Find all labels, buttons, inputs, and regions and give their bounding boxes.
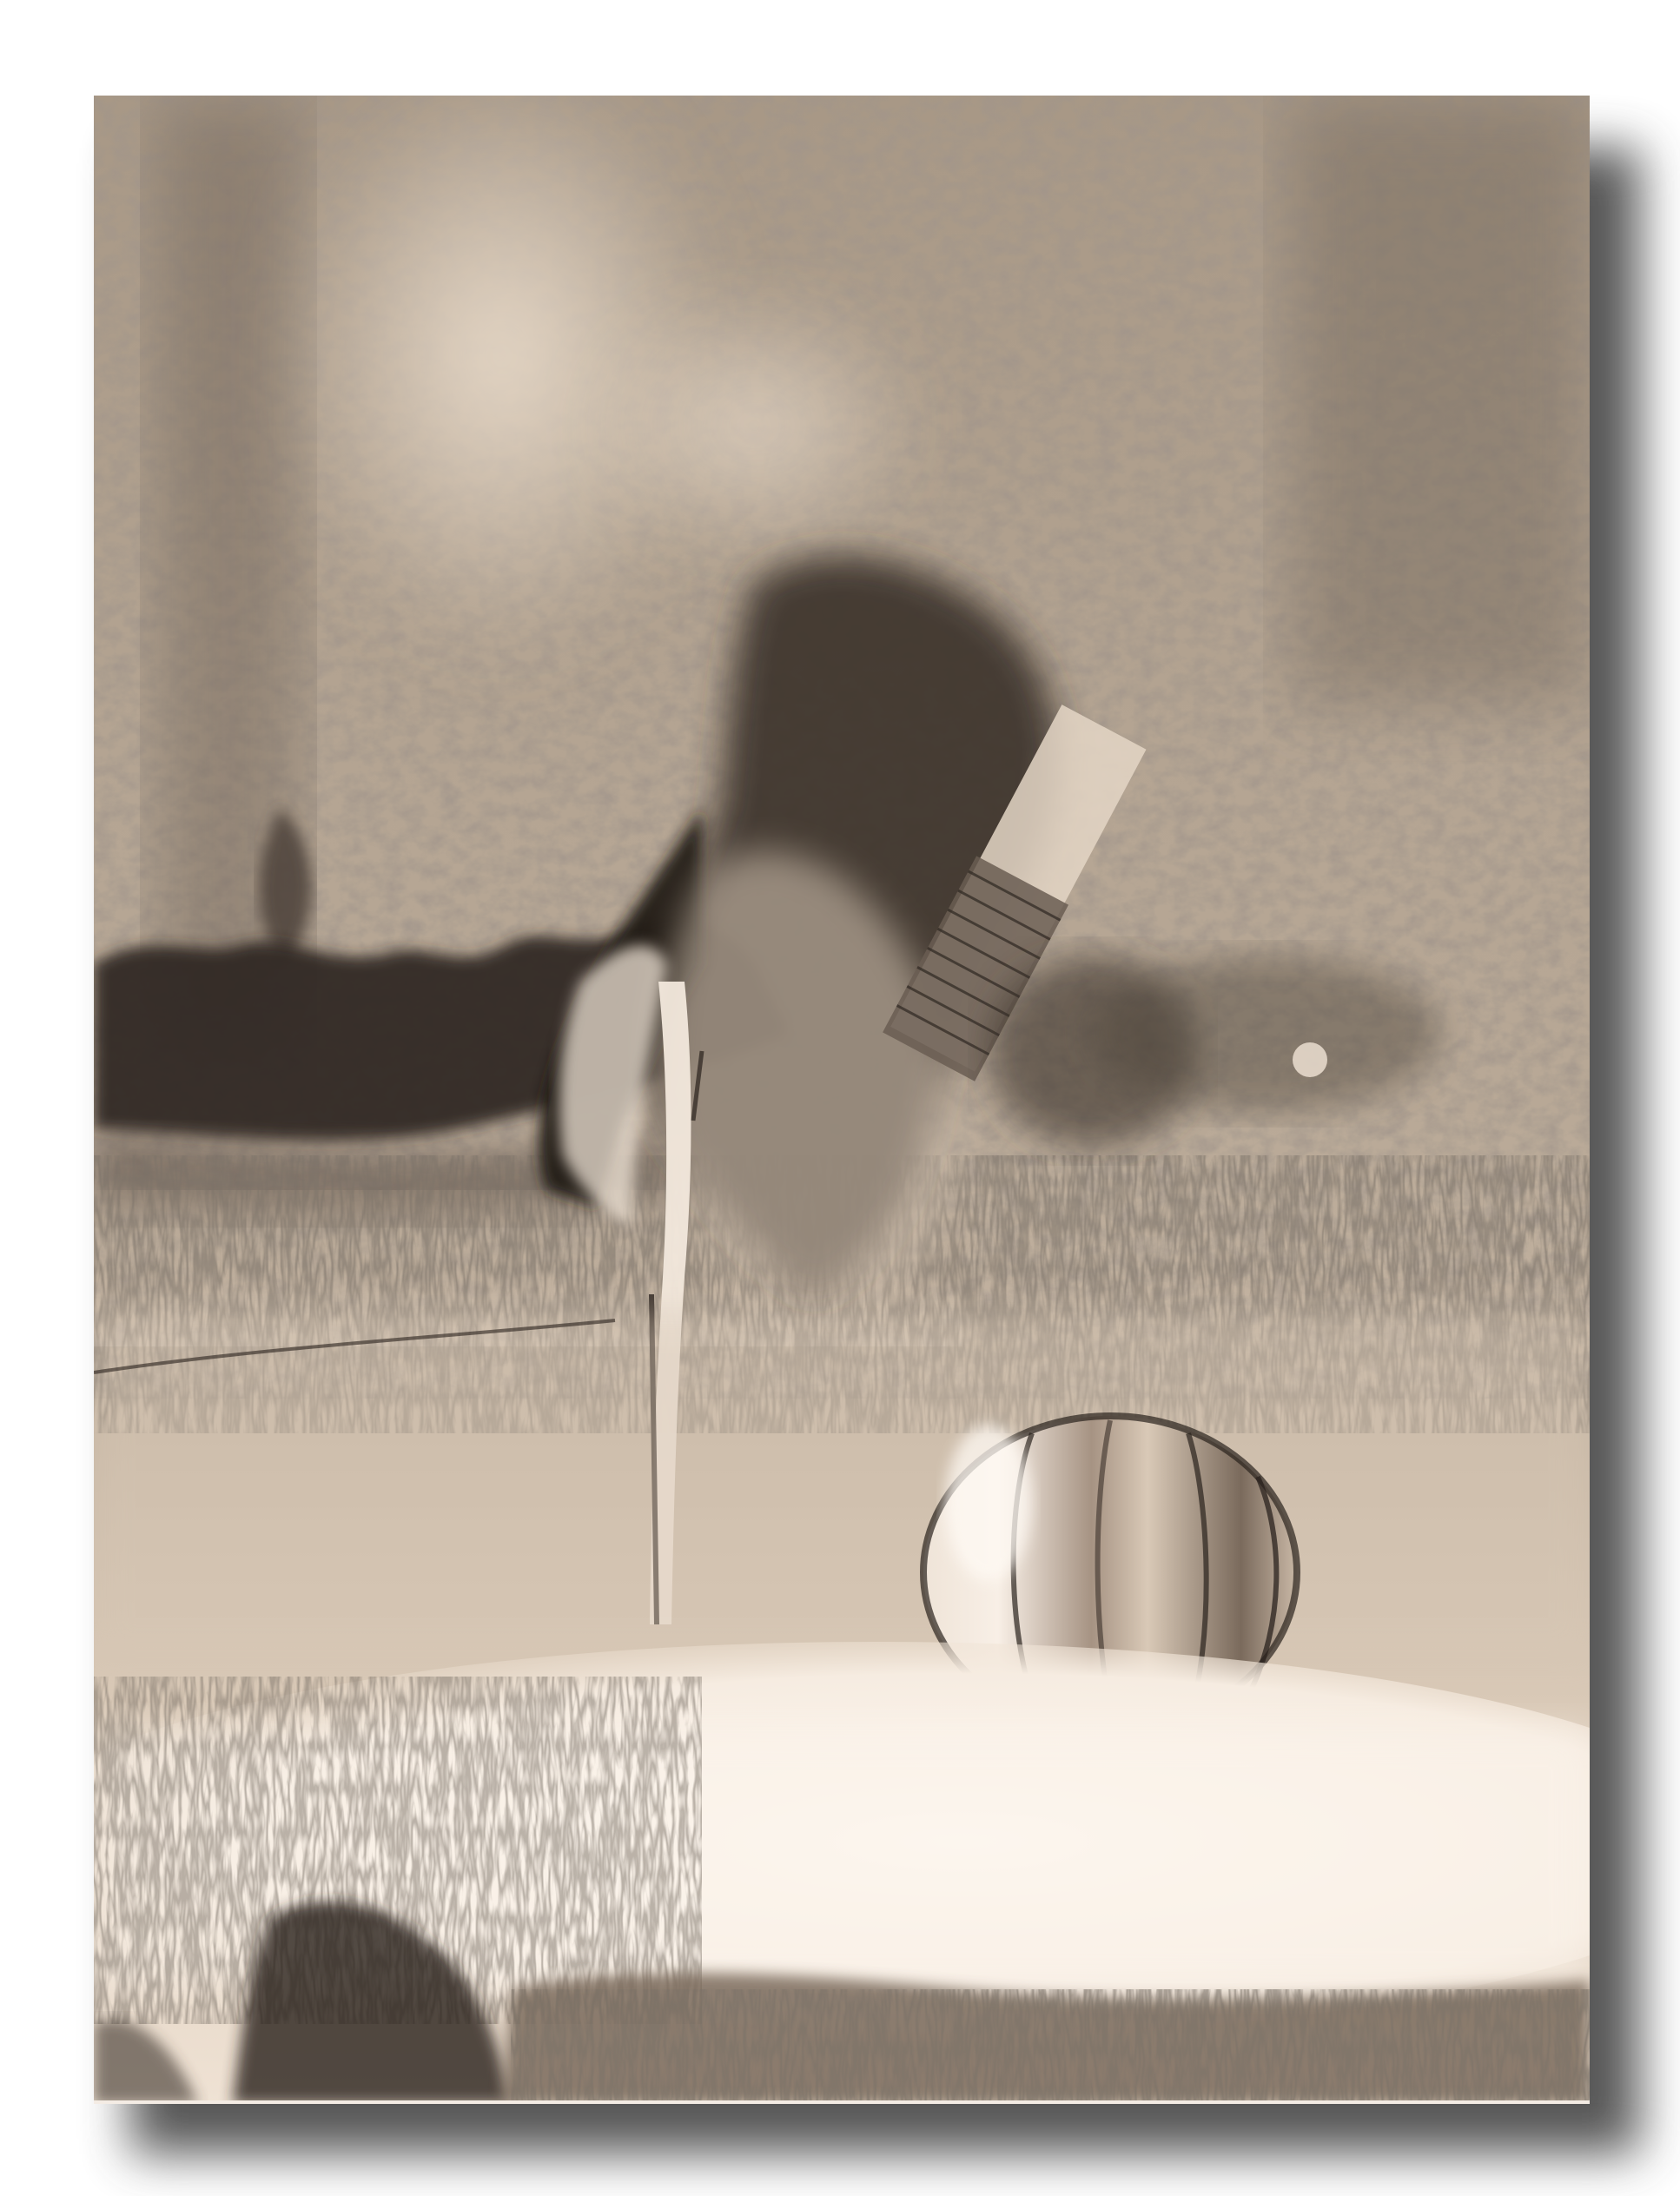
sepia-photograph [94, 96, 1590, 2104]
photo-canvas [94, 96, 1590, 2104]
